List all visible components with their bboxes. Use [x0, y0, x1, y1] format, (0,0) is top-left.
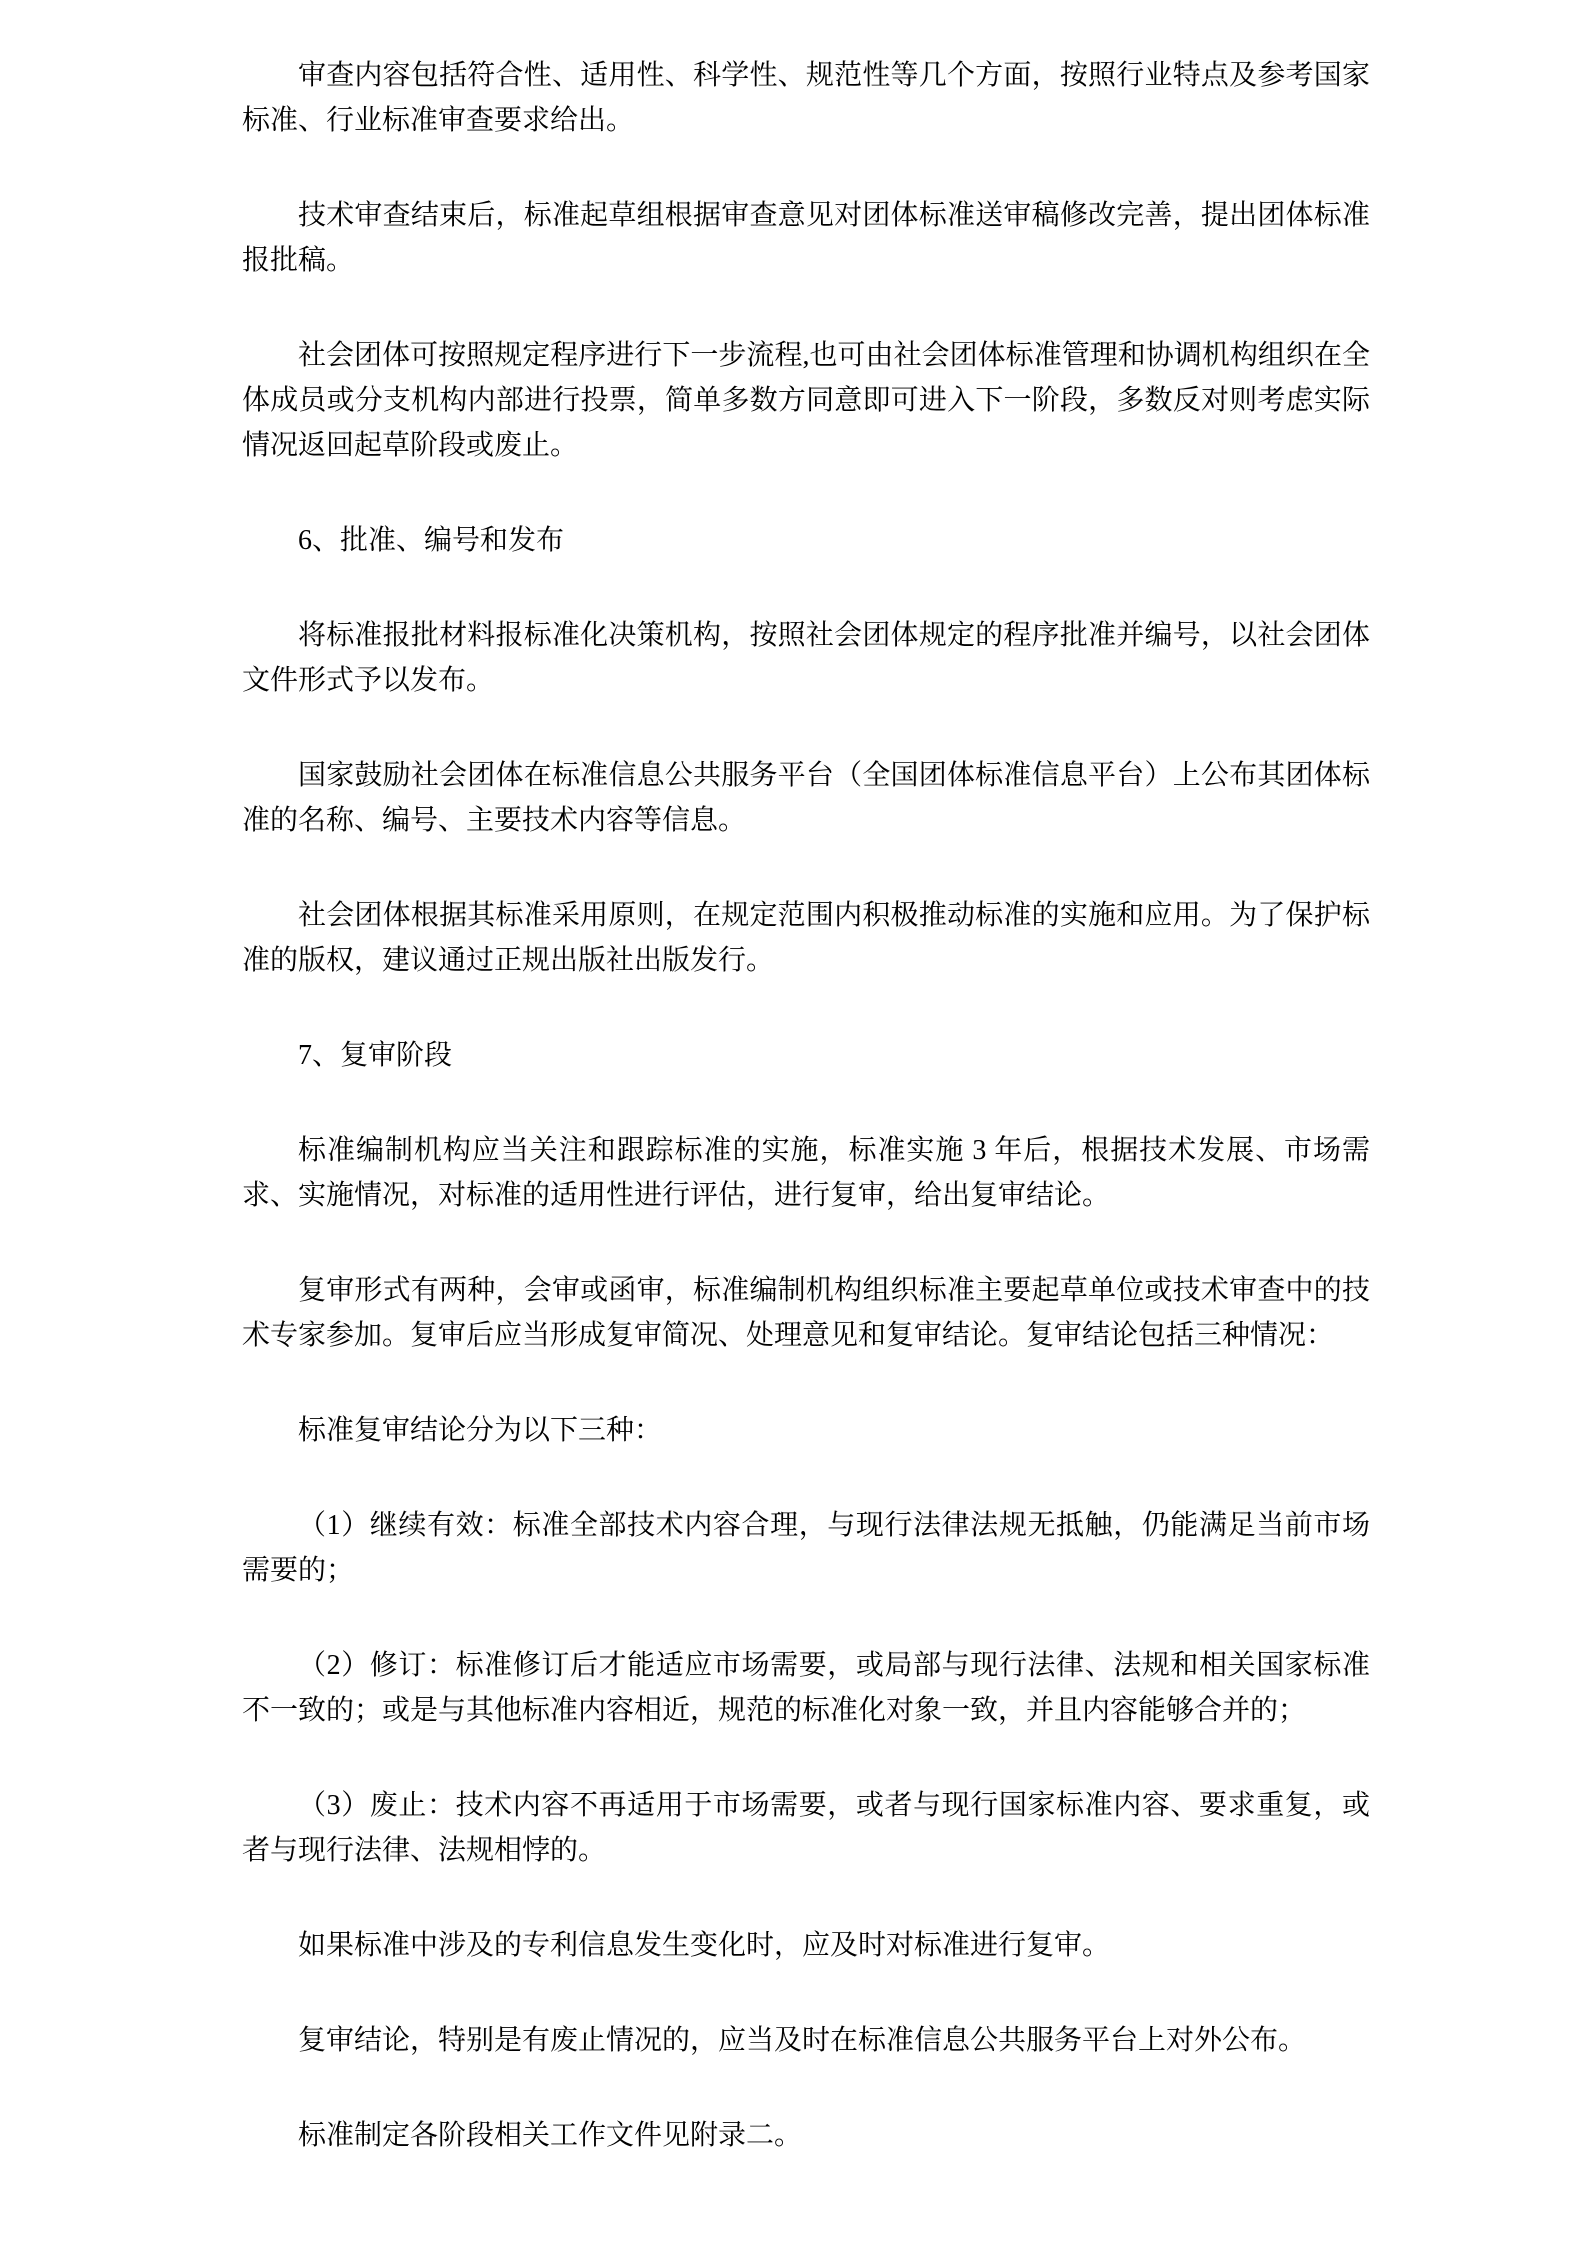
paragraph: 社会团体可按照规定程序进行下一步流程,也可由社会团体标准管理和协调机构组织在全体…: [242, 333, 1370, 468]
paragraph: 标准编制机构应当关注和跟踪标准的实施，标准实施 3 年后，根据技术发展、市场需求…: [242, 1128, 1370, 1218]
section-heading-7: 7、复审阶段: [242, 1033, 1370, 1078]
list-item-revise: （2）修订：标准修订后才能适应市场需要，或局部与现行法律、法规和相关国家标准不一…: [242, 1643, 1370, 1733]
document-page: 审查内容包括符合性、适用性、科学性、规范性等几个方面，按照行业特点及参考国家标准…: [0, 0, 1587, 2245]
paragraph: 标准复审结论分为以下三种：: [242, 1408, 1370, 1453]
paragraph: 国家鼓励社会团体在标准信息公共服务平台（全国团体标准信息平台）上公布其团体标准的…: [242, 753, 1370, 843]
paragraph: 技术审查结束后，标准起草组根据审查意见对团体标准送审稿修改完善，提出团体标准报批…: [242, 193, 1370, 283]
paragraph: 审查内容包括符合性、适用性、科学性、规范性等几个方面，按照行业特点及参考国家标准…: [242, 53, 1370, 143]
list-item-abolish: （3）废止：技术内容不再适用于市场需要，或者与现行国家标准内容、要求重复，或者与…: [242, 1783, 1370, 1873]
paragraph: 复审形式有两种，会审或函审，标准编制机构组织标准主要起草单位或技术审查中的技术专…: [242, 1268, 1370, 1358]
paragraph: 如果标准中涉及的专利信息发生变化时，应及时对标准进行复审。: [242, 1923, 1370, 1968]
list-item-continue-valid: （1）继续有效：标准全部技术内容合理，与现行法律法规无抵触，仍能满足当前市场需要…: [242, 1503, 1370, 1593]
section-heading-6: 6、批准、编号和发布: [242, 518, 1370, 563]
paragraph: 标准制定各阶段相关工作文件见附录二。: [242, 2113, 1370, 2158]
paragraph: 社会团体根据其标准采用原则，在规定范围内积极推动标准的实施和应用。为了保护标准的…: [242, 893, 1370, 983]
paragraph: 复审结论，特别是有废止情况的，应当及时在标准信息公共服务平台上对外公布。: [242, 2018, 1370, 2063]
paragraph: 将标准报批材料报标准化决策机构，按照社会团体规定的程序批准并编号，以社会团体文件…: [242, 613, 1370, 703]
